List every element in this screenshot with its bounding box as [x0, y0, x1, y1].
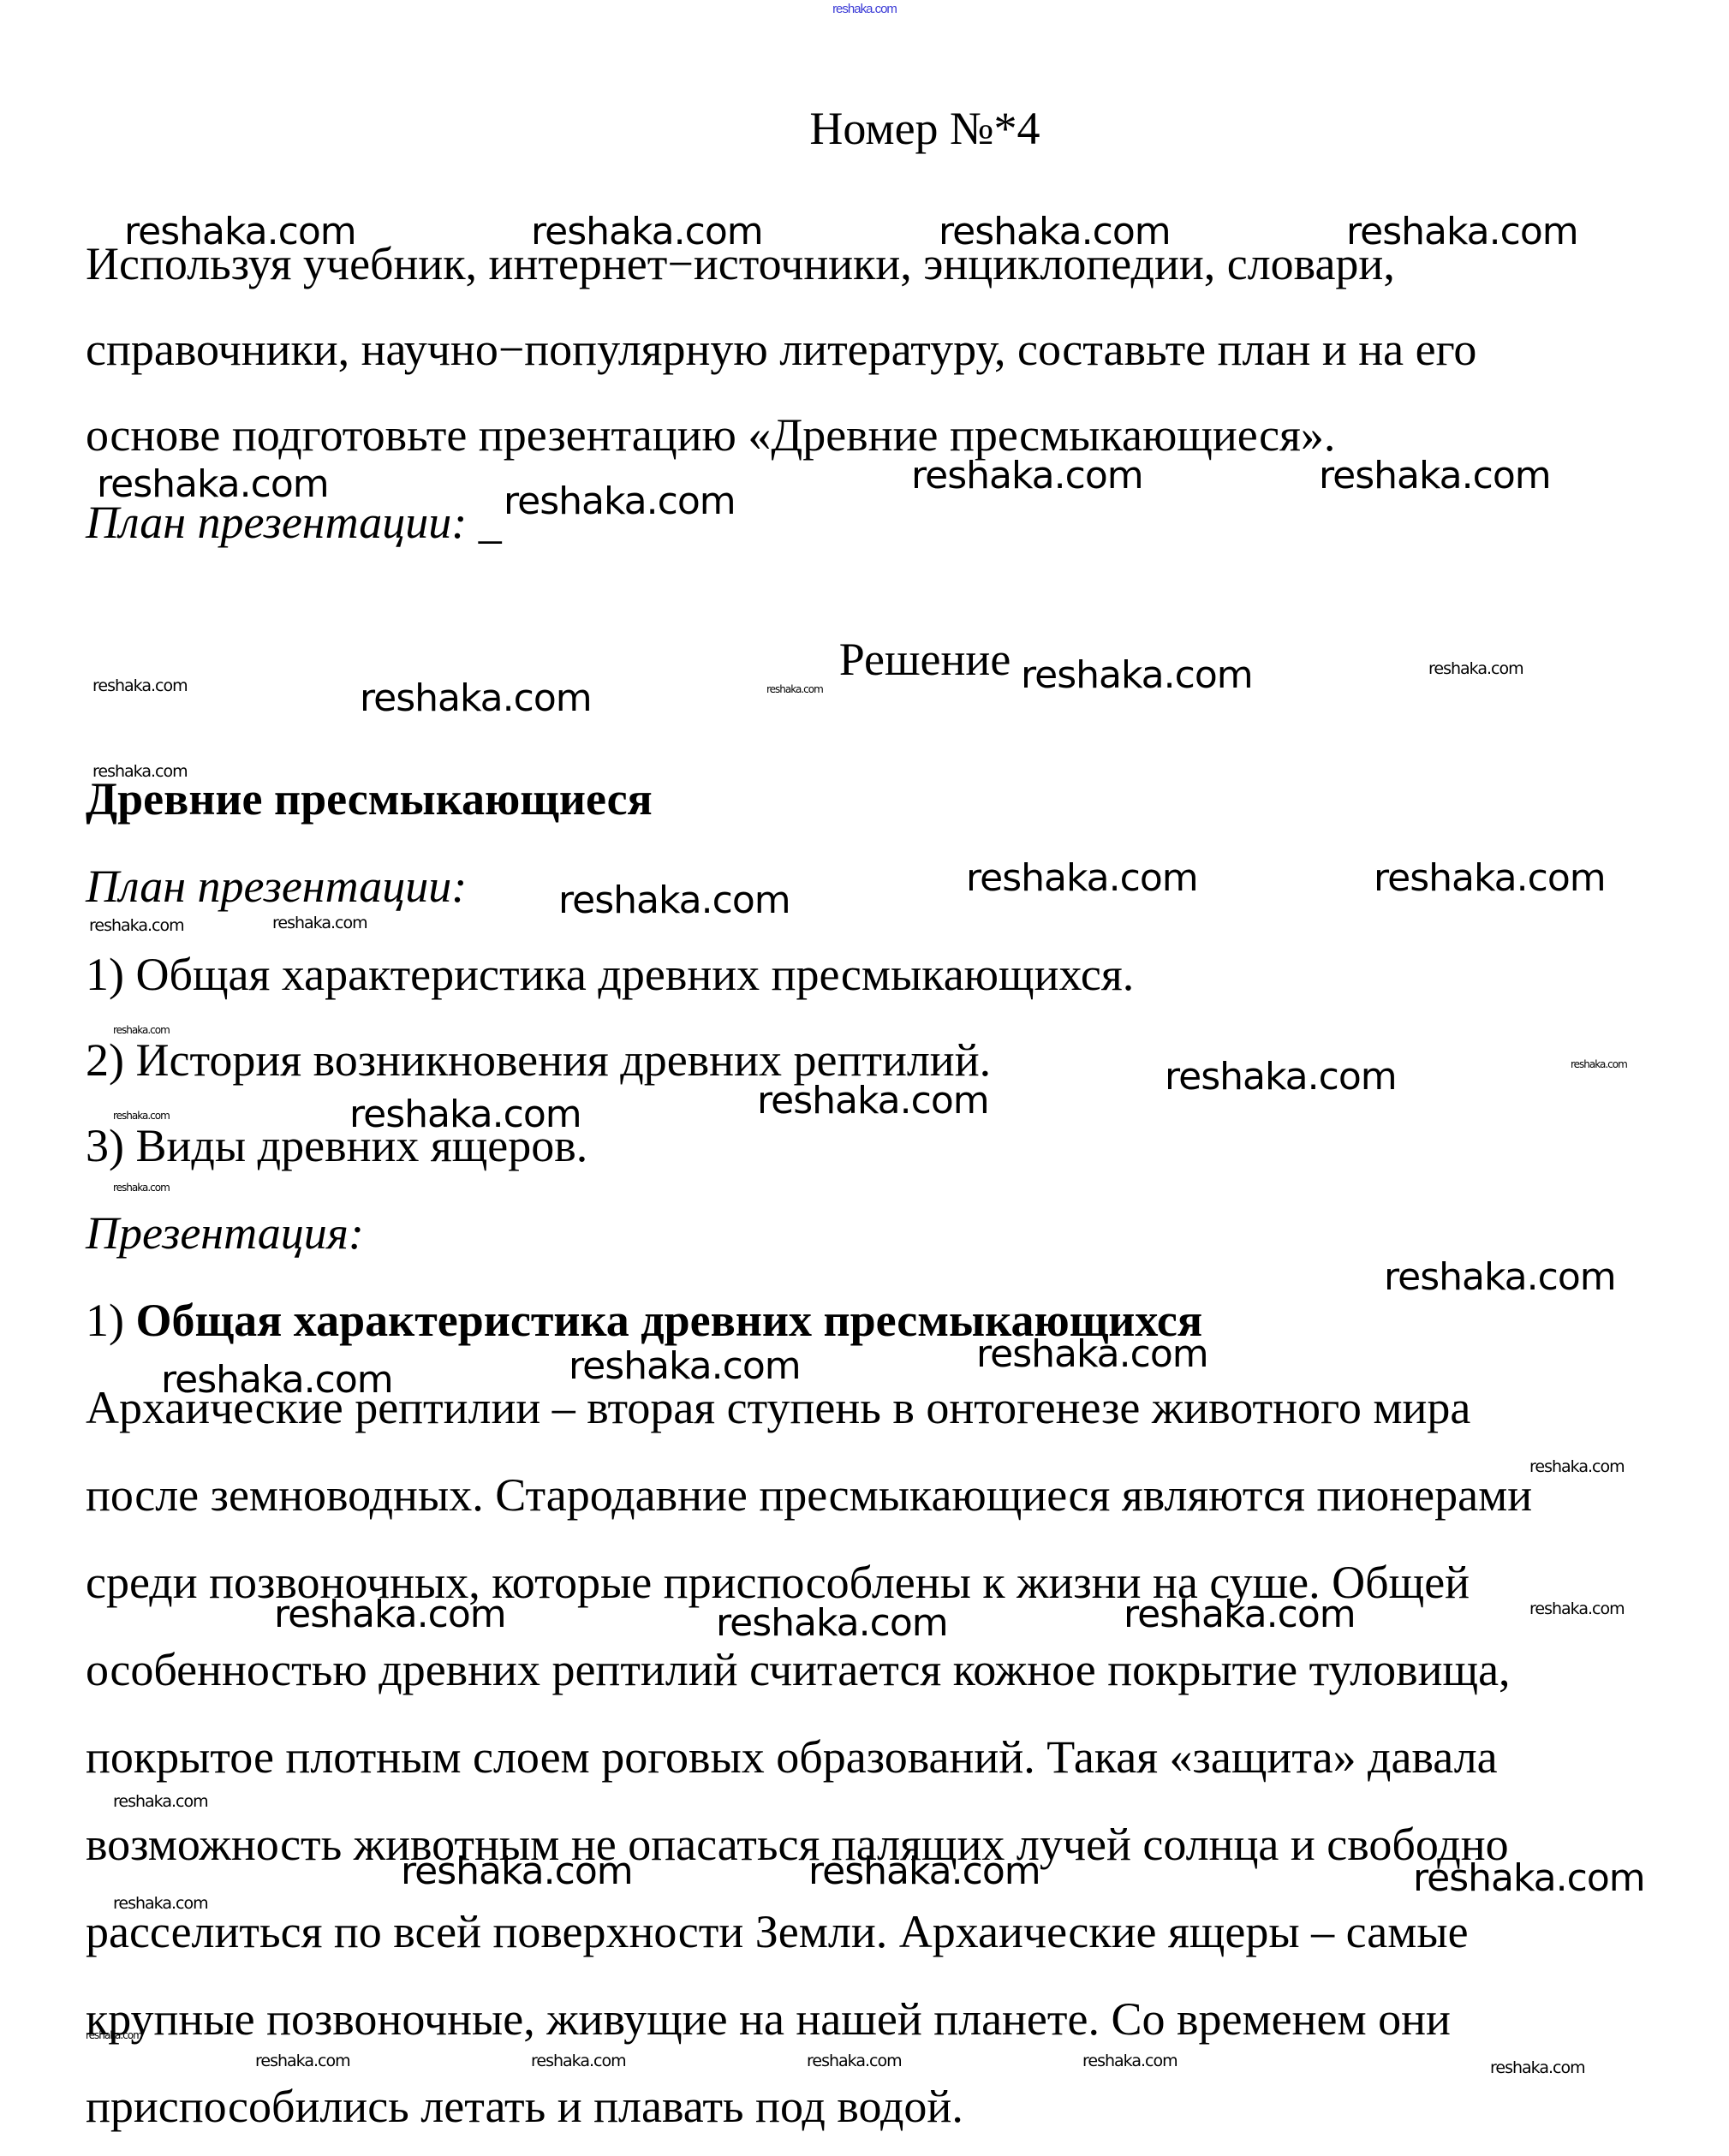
- presentation-label: Презентация:: [86, 1207, 364, 1259]
- watermark: reshaka.com: [569, 1344, 801, 1388]
- body-line: покрытое плотным слоем роговых образован…: [86, 1731, 1498, 1783]
- body-line: особенностью древних рептилий считается …: [86, 1644, 1511, 1695]
- task-line: основе подготовьте презентацию «Древние …: [86, 409, 1335, 461]
- section-number: 1): [86, 1295, 135, 1346]
- watermark: reshaka.com: [504, 479, 736, 523]
- watermark: reshaka.com: [113, 1024, 170, 1036]
- body-line: расселиться по всей поверхности Земли. А…: [86, 1906, 1469, 1957]
- watermark: reshaka.com: [1413, 1856, 1645, 1900]
- watermark: reshaka.com: [808, 1849, 1040, 1893]
- watermark: reshaka.com: [1428, 659, 1523, 678]
- watermark: reshaka.com: [1021, 653, 1253, 697]
- topic-title: Древние пресмыкающиеся: [86, 773, 653, 825]
- watermark: reshaka.com: [349, 1093, 581, 1136]
- watermark: reshaka.com: [1124, 1593, 1356, 1636]
- watermark: reshaka.com: [1374, 856, 1606, 900]
- watermark: reshaka.com: [1319, 454, 1551, 497]
- watermark: reshaka.com: [1384, 1255, 1616, 1299]
- watermark: reshaka.com: [531, 210, 763, 253]
- plan-item: 2) История возникновения древних рептили…: [86, 1034, 991, 1086]
- watermark: reshaka.com: [92, 676, 188, 695]
- body-line: крупные позвоночные, живущие на нашей пл…: [86, 1993, 1451, 2045]
- plan-item: 1) Общая характеристика древних пресмыка…: [86, 949, 1134, 1000]
- watermark: reshaka.com: [124, 210, 356, 253]
- page-title: Номер №*4: [0, 103, 1729, 154]
- watermark: reshaka.com: [1529, 1599, 1625, 1618]
- body-line: после земноводных. Стародавние пресмыкаю…: [86, 1469, 1532, 1521]
- watermark: reshaka.com: [531, 2052, 626, 2070]
- watermark: reshaka.com: [966, 856, 1198, 900]
- body-line: приспособились летать и плавать под водо…: [86, 2081, 963, 2132]
- watermark: reshaka.com: [86, 2029, 142, 2041]
- watermark: reshaka.com: [113, 1182, 170, 1194]
- watermark: reshaka.com: [558, 878, 790, 922]
- site-link[interactable]: reshaka.com: [0, 2, 1729, 16]
- watermark: reshaka.com: [92, 762, 188, 781]
- watermark: reshaka.com: [766, 683, 823, 695]
- body-line: возможность животным не опасаться палящи…: [86, 1819, 1509, 1870]
- watermark: reshaka.com: [757, 1079, 989, 1123]
- watermark: reshaka.com: [1082, 2052, 1178, 2070]
- watermark: reshaka.com: [255, 2052, 350, 2070]
- watermark: reshaka.com: [807, 2052, 902, 2070]
- watermark: reshaka.com: [113, 1792, 208, 1811]
- watermark: reshaka.com: [976, 1332, 1208, 1376]
- watermark: reshaka.com: [1529, 1457, 1625, 1476]
- task-line: справочники, научно−популярную литератур…: [86, 324, 1476, 375]
- watermark: reshaka.com: [360, 676, 592, 720]
- watermark: reshaka.com: [911, 454, 1143, 497]
- watermark: reshaka.com: [1165, 1055, 1397, 1099]
- watermark: reshaka.com: [401, 1849, 633, 1893]
- watermark: reshaka.com: [1346, 210, 1578, 253]
- watermark: reshaka.com: [1490, 2058, 1585, 2077]
- watermark: reshaka.com: [97, 462, 329, 506]
- watermark: reshaka.com: [1571, 1058, 1627, 1070]
- watermark: reshaka.com: [939, 210, 1171, 253]
- watermark: reshaka.com: [272, 914, 367, 932]
- watermark: reshaka.com: [113, 1110, 170, 1122]
- watermark: reshaka.com: [89, 916, 184, 935]
- watermark: reshaka.com: [274, 1593, 506, 1636]
- watermark: reshaka.com: [161, 1358, 393, 1402]
- plan-label: План презентации:: [86, 861, 467, 912]
- watermark: reshaka.com: [113, 1894, 208, 1913]
- watermark: reshaka.com: [716, 1601, 948, 1645]
